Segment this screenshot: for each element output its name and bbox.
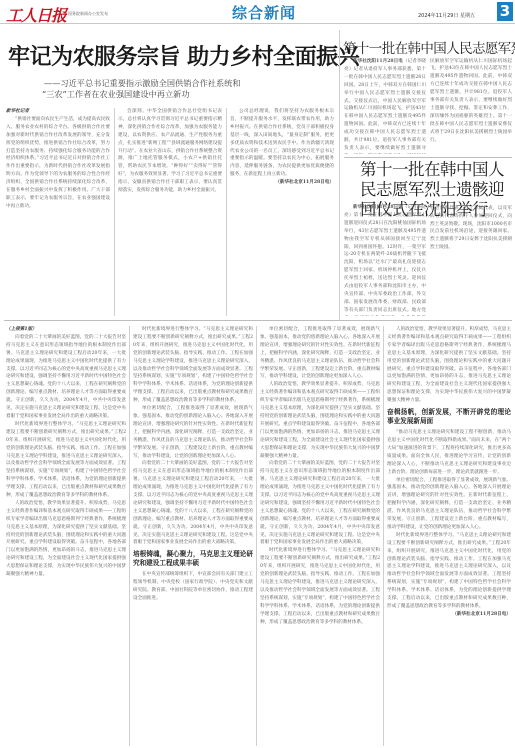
right-article1-column-2: （记者李晓亮）记者从退役军人事务部获悉，第十一批在韩中国人民志愿军烈士遗骸28日… [430,58,512,154]
lower-subheading-1: 奋楫扬帆，创新发展，不断开辟党的理论事业发展新局面 [387,408,511,426]
lower-col4-text-b: “推动马克思主义理论研究和建设工程不断创新，推动马克思主义中国化时代化不断取得新… [387,429,511,476]
lower-article-continued-tag: （上接第1版） [6,326,126,334]
lower-col3-text-b: 人的政治觉悟，教学效果显著提升。积厚成势，马克思主义经典著作编译和基本观点研究取… [260,381,380,460]
column-divider [256,326,257,746]
lead-byline: 新华社记者 [6,108,110,116]
lead-article-column-3: 公司总经理说，我们将坚持为农服务根本宗旨，不断提升服务水平，发挥联农带农作用，助… [230,108,334,318]
page-number-badge: 3 [497,2,513,21]
lead-subheadline-line2: “三农”工作者在农业强国建设中再立新功 [42,89,344,100]
lead-subheadline-line1: ——习近平总书记重要指示激励全国供销合作社系统和 [44,78,344,89]
masthead: 工人日报 国务院新闻办公室发布 综合新闻 2024年11月29日 星期五 3 [0,0,515,24]
lower-article-column-4: 人的政治觉悟，教学效果显著提升。积厚成势，马克思主义经典著作编译和基本观点研究取… [387,326,511,746]
right-article2-body: （记者李晓亮）第十一批在韩中国人民志愿军烈士遗骸迎回仪式28日在沈阳桃仙国际机场… [344,205,426,316]
right-article1-body-cont: （记者李晓亮）记者从退役军人事务部获悉，第十一批在韩中国人民志愿军烈士遗骸28日… [430,58,512,145]
lower-col3-text-c: 向着党的二十大擘画的美好蓝图，党的二十大报告对坚持马克思主义在意识形态领域指导地… [260,460,380,547]
issue-date: 2024年11月29日 星期五 [418,12,475,19]
page-section-divider [4,320,512,321]
right-article1-column-1: 新华社沈阳11月28日电（记者李晓亮）记者从退役军人事务部获悉，第十一批在韩中国… [344,58,426,154]
lower-article-column-1: （上接第1版） 向着党的二十大擘画的美好蓝图，党的二十大报告对坚持马克思主义在意… [6,326,126,746]
lower-col3-text: 单位密切配合，工程推进取得了显著成效，展现新气象。强基固本，推动党的创新理论入脑… [260,326,380,381]
column-divider [226,108,227,316]
lower-credit: （新华社北京11月28日电） [387,611,511,619]
lower-col2-text-b: 单位密切配合，工程推进取得了显著成效，展现新气象。强基固本，推动党的创新理论入脑… [133,405,253,460]
lead-credit: （新华社北京11月28日电） [230,179,334,187]
lower-col2-text-c: 向着党的二十大擘画的美好蓝图，党的二十大报告对坚持马克思主义在意识形态领域指导地… [133,460,253,547]
lead-col2-text: 会深刻。中华全国供销合作总社党组书记表示，总社将认真学习贯彻习近平总书记重要指示… [118,108,222,195]
lower-col1-text-3: 人的政治觉悟，教学效果显著提升。积厚成势，马克思主义经典著作编译和基本观点研究取… [6,500,126,579]
right-article2-dateline: 新华社沈阳11月28日电 [353,205,403,210]
lead-headline[interactable]: 牢记为农服务宗旨 助力乡村全面振兴 [8,40,338,71]
lower-col2-text: 时代化新境界进行整体学习。“马克思主义理论研究和建设工程要不断创新研究阐释方式，… [133,326,253,405]
lower-col4-text-c: 单位密切配合，工程推进取得了显著成效，展现新气象。强基固本，推动党的创新理论入脑… [387,477,511,532]
lead-article-column-1: 新华社记者 “供销社要面向农民生产生活，成为提高农民收入、服务农业农村的综合平台… [6,108,110,318]
newspaper-logo: 工人日报 [6,3,66,26]
lead-subheadline: ——习近平总书记重要指示激励全国供销合作社系统和 “三农”工作者在农业强国建设中… [44,78,344,100]
column-divider [114,108,115,316]
section-divider [339,30,340,320]
right-article2-body-cont: （记者李晓亮）第十一批在韩中国人民志愿军烈士遗骸迎回仪式28日在沈阳桃仙国际机场… [430,204,512,252]
logo-subtitle: 国务院新闻办公室发布 [68,11,108,17]
lower-col4-text-d: 时代化新境界进行整体学习。“马克思主义理论研究和建设工程要不断创新研究阐释方式，… [387,532,511,611]
column-divider [383,326,384,746]
right-article2-column-2: （记者李晓亮）第十一批在韩中国人民志愿军烈士遗骸迎回仪式28日在沈阳桃仙国际机场… [430,204,512,316]
right-article1-dateline: 新华社沈阳11月28日电 [353,59,403,64]
lower-col1-text-2: 时代化新境界进行整体学习。“马克思主义理论研究和建设工程要不断创新研究阐释方式，… [6,421,126,500]
lead-article-column-2: 会深刻。中华全国供销合作总社党组书记表示，总社将认真学习贯彻习近平总书记重要指示… [118,108,222,318]
lower-col2-text-d: 在中央宣传部统筹组织下，中宣部会同有关部门建立工程领导机制，中央党校（国家行政学… [133,571,253,603]
lower-col1-text: 向着党的二十大擘画的美好蓝图，党的二十大报告对坚持马克思主义在意识形态领域指导地… [6,334,126,421]
section-title: 综合新闻 [232,2,296,23]
article-divider [344,157,512,158]
right-article1-headline[interactable]: 第十一批在韩中国人民志愿军烈士遗骸回国 [343,37,513,57]
right-article2-column-1: 新华社沈阳11月28日电（记者李晓亮）第十一批在韩中国人民志愿军烈士遗骸迎回仪式… [344,204,426,316]
lower-col3-text-d: 时代化新境界进行整体学习。“马克思主义理论研究和建设工程要不断创新研究阐释方式，… [260,547,380,626]
column-divider [129,326,130,746]
lower-article-column-2: 时代化新境界进行整体学习。“马克思主义理论研究和建设工程要不断创新研究阐释方式，… [133,326,253,746]
right-article1-body: （记者李晓亮）记者从退役军人事务部获悉，第十一批在韩中国人民志愿军烈士遗骸28日… [344,59,426,154]
lead-col3-text: 公司总经理说，我们将坚持为农服务根本宗旨，不断提升服务水平，发挥联农带农作用，助… [230,108,334,179]
lower-col4-text: 人的政治觉悟，教学效果显著提升。积厚成势，马克思主义经典著作编译和基本观点研究取… [387,326,511,405]
lower-subheading-2: 培根铸魂，凝心聚力，马克思主义理论研究和建设工程成果丰硕 [133,550,253,568]
lead-col1-text: “供销社要面向农民生产生活，成为提高农民收入、服务农业农村的综合平台。各级供销合… [6,116,110,211]
lower-article-column-3: 单位密切配合，工程推进取得了显著成效，展现新气象。强基固本，推动党的创新理论入脑… [260,326,380,746]
